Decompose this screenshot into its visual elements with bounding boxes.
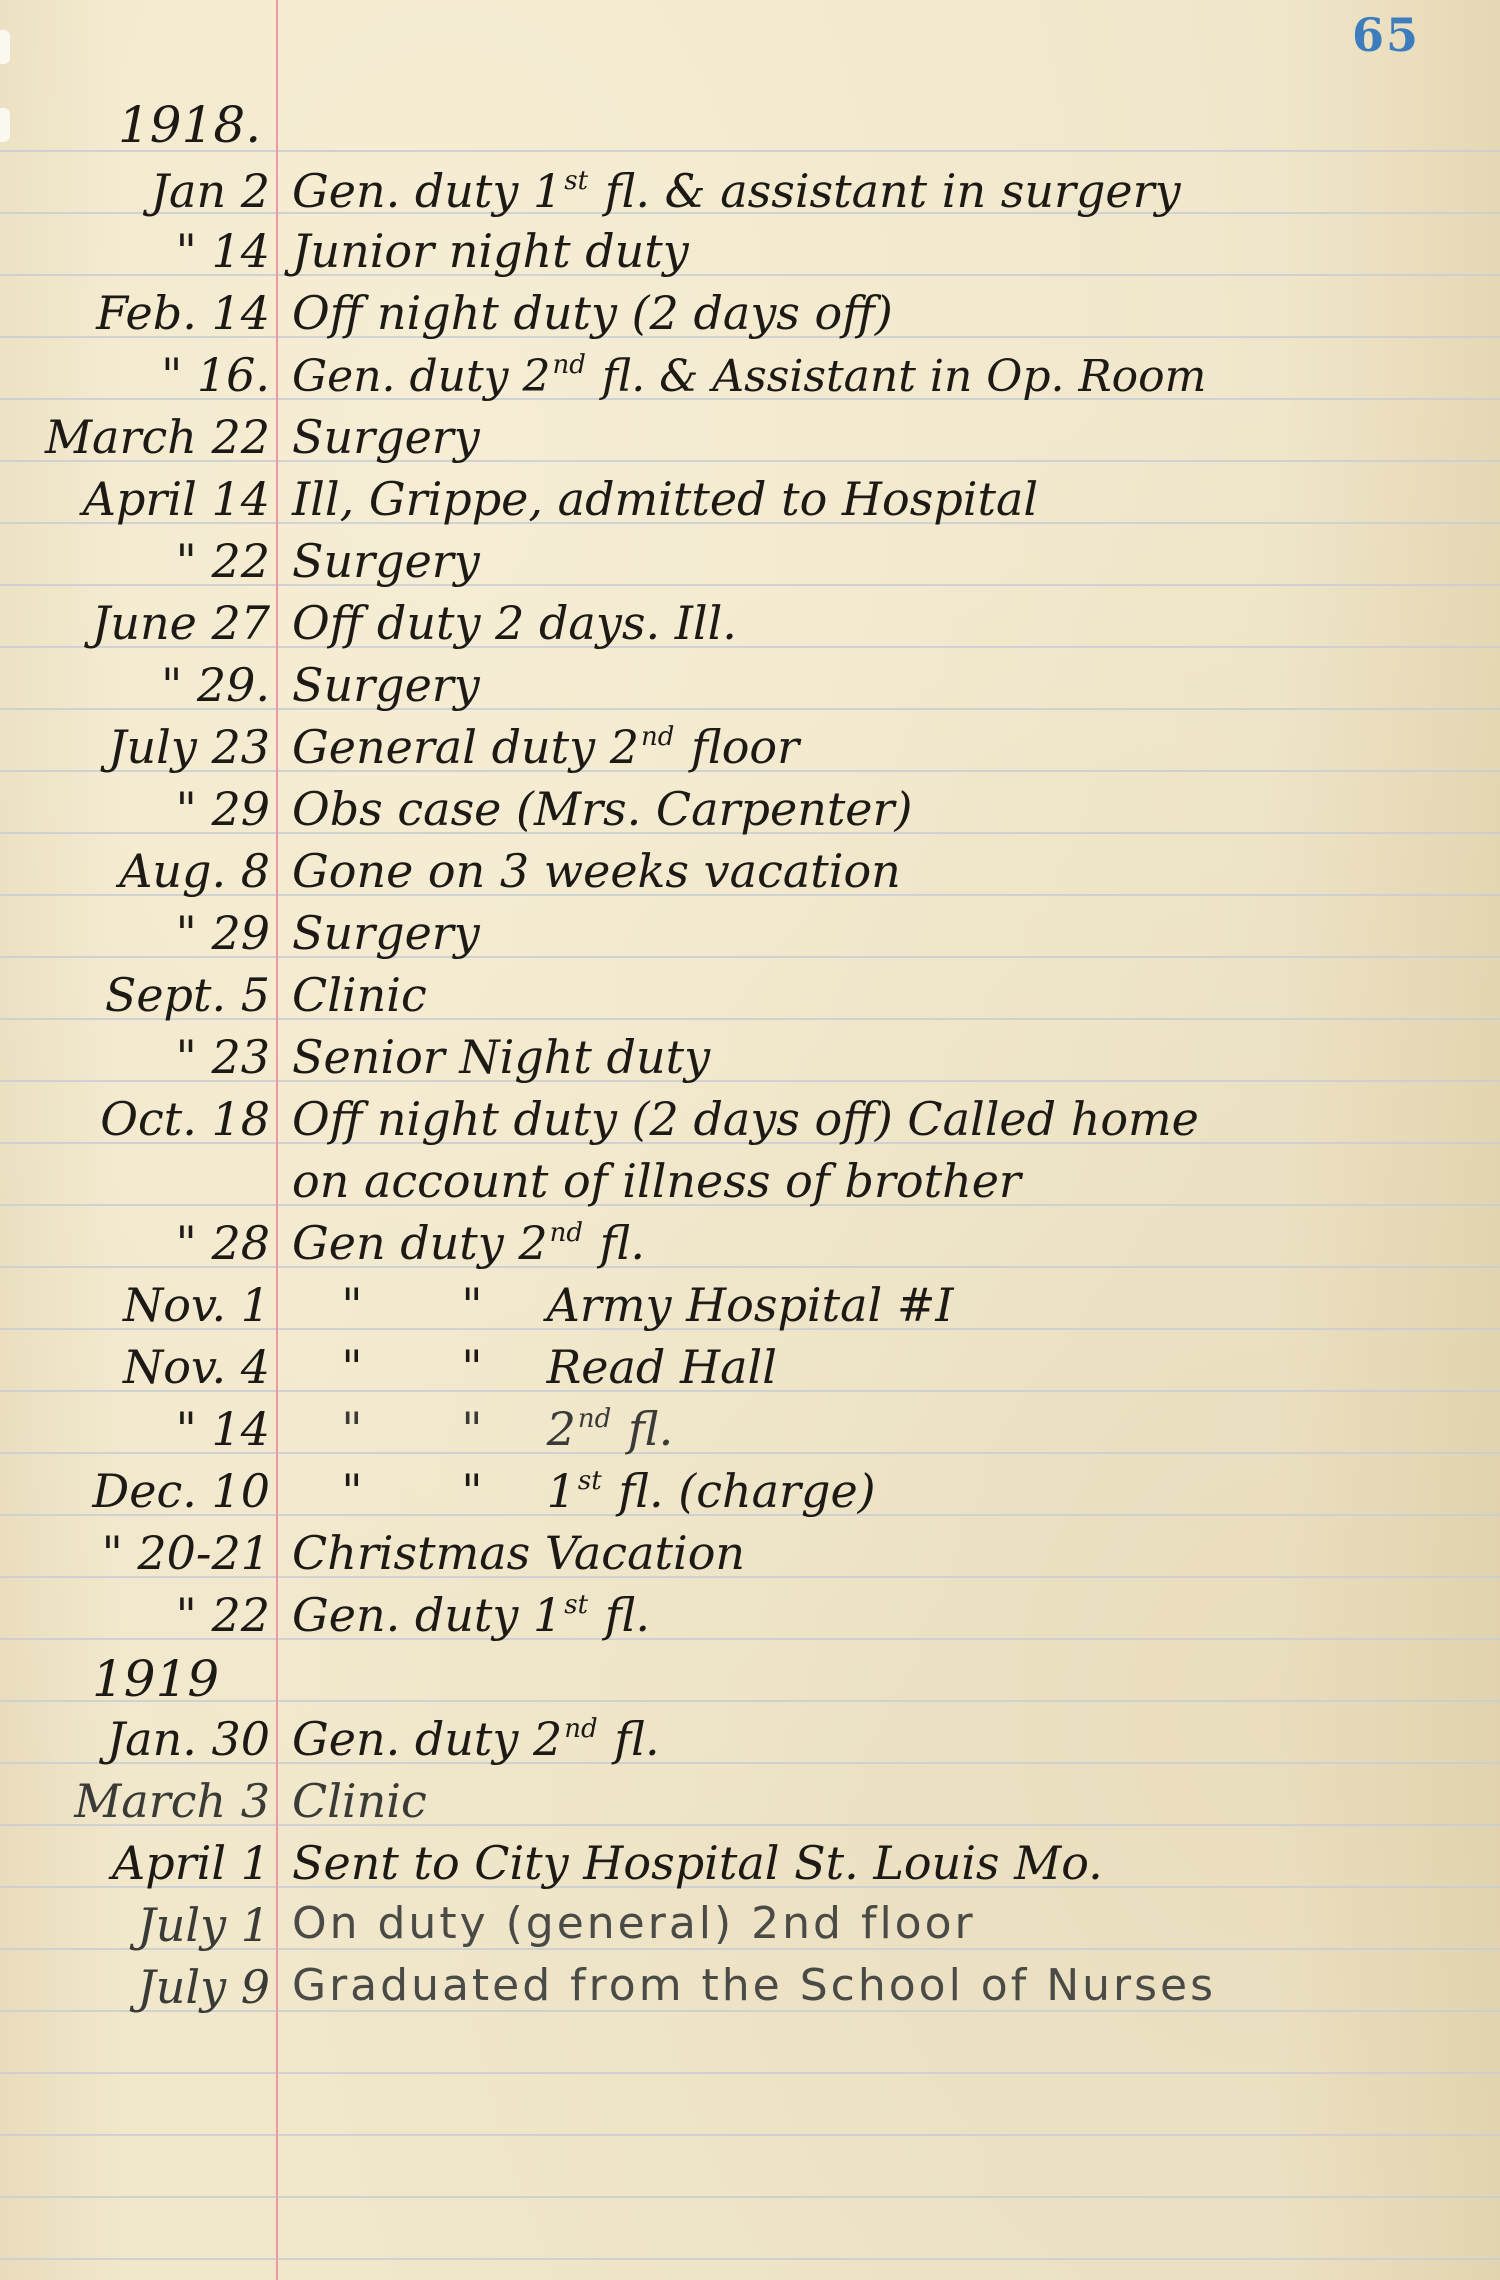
entry-date: Oct. 18 <box>20 1096 270 1142</box>
ditto-mark: " <box>292 1282 412 1328</box>
entry-text-part: fl. <box>585 1216 645 1270</box>
entry-text: "" Read Hall <box>292 1344 777 1390</box>
ordinal-suffix: st <box>564 1590 588 1620</box>
entry-date: April 14 <box>20 476 270 522</box>
entry-date: Nov. 4 <box>20 1344 270 1390</box>
entry-text: Obs case (Mrs. Carpenter) <box>292 786 912 832</box>
entry-text: Sent to City Hospital St. Louis Mo. <box>292 1840 1103 1886</box>
entry-text-part: fl. & Assistant in Op. Room <box>588 351 1206 402</box>
ditto-mark: " <box>292 1468 412 1514</box>
entry-text-part: General duty 2 <box>292 720 639 774</box>
entry-text-part: Read Hall <box>547 1340 777 1394</box>
entry-text-part: Gen. duty 1 <box>292 1588 562 1642</box>
entry-text-part: Gen. duty 1 <box>292 164 562 218</box>
entry-date: Dec. 10 <box>20 1468 270 1514</box>
entry-text-part: Army Hospital #I <box>547 1278 954 1332</box>
binding-hole <box>0 108 10 142</box>
entry-text-part: Gen duty 2 <box>292 1216 548 1270</box>
entry-date: " 16. <box>20 352 270 398</box>
entry-date: " 28 <box>20 1220 270 1266</box>
ordinal-suffix: nd <box>564 1714 597 1744</box>
entry-text: Junior night duty <box>292 228 689 274</box>
entry-text: On duty (general) 2nd floor <box>292 1902 976 1946</box>
ordinal-suffix: nd <box>578 1404 611 1434</box>
ditto-mark: " <box>292 1344 412 1390</box>
entry-date: July 9 <box>20 1964 270 2010</box>
ditto-mark: " <box>412 1468 532 1514</box>
ledger-page: 65 1918. Jan 2 Gen. duty 1st fl. & assis… <box>0 0 1500 2280</box>
entry-text: Gone on 3 weeks vacation <box>292 848 901 894</box>
entry-text: Clinic <box>292 972 427 1018</box>
entry-date: April 1 <box>20 1840 270 1886</box>
entry-text: General duty 2nd floor <box>292 724 799 770</box>
entry-date: Jan. 30 <box>20 1716 270 1762</box>
page-number: 65 <box>1352 8 1420 62</box>
entry-text: "" 2nd fl. <box>292 1406 673 1452</box>
ordinal-suffix: nd <box>553 350 586 380</box>
entry-date: " 22 <box>20 1592 270 1638</box>
entry-date: Feb. 14 <box>20 290 270 336</box>
entry-date: July 23 <box>20 724 270 770</box>
entry-text: Gen. duty 2nd fl. <box>292 1716 660 1762</box>
entry-text: "" 1st fl. (charge) <box>292 1468 876 1514</box>
entry-date: March 3 <box>20 1778 270 1824</box>
entry-text: Off night duty (2 days off) Called home <box>292 1096 1199 1142</box>
entry-text: Gen. duty 1st fl. <box>292 1592 650 1638</box>
entry-date: " 29. <box>20 662 270 708</box>
year-heading-1919: 1919 <box>92 1654 219 1704</box>
entry-text: Ill, Grippe, admitted to Hospital <box>292 476 1038 522</box>
entry-text-part: floor <box>676 720 799 774</box>
ditto-mark: " <box>412 1406 532 1452</box>
entry-text-part: fl. & assistant in surgery <box>590 164 1181 218</box>
entry-date: " 23 <box>20 1034 270 1080</box>
ditto-mark: " <box>412 1344 532 1390</box>
entry-text: Graduated from the School of Nurses <box>292 1964 1216 2008</box>
entry-text: Gen. duty 1st fl. & assistant in surgery <box>292 168 1181 214</box>
ordinal-suffix: nd <box>641 722 674 752</box>
ruled-line <box>0 1700 1500 1702</box>
entry-text-part: fl. (charge) <box>604 1464 876 1518</box>
entry-date: June 27 <box>20 600 270 646</box>
entry-text-part: Gen. duty 2 <box>292 351 551 402</box>
entry-date: Aug. 8 <box>20 848 270 894</box>
ordinal-suffix: st <box>564 166 588 196</box>
entry-text: Surgery <box>292 538 480 584</box>
entry-date: Sept. 5 <box>20 972 270 1018</box>
entry-text: Off night duty (2 days off) <box>292 290 893 336</box>
entry-text: Surgery <box>292 414 480 460</box>
ruled-line <box>0 2134 1500 2136</box>
entry-date: " 22 <box>20 538 270 584</box>
entry-text: "" Army Hospital #I <box>292 1282 954 1328</box>
entry-text: Surgery <box>292 662 480 708</box>
entry-date: March 22 <box>20 414 270 460</box>
ditto-mark: " <box>412 1282 532 1328</box>
entry-date: July 1 <box>20 1902 270 1948</box>
ditto-mark: " <box>292 1406 412 1452</box>
ordinal-suffix: st <box>578 1466 602 1496</box>
entry-text-part: 2 <box>547 1402 576 1456</box>
entry-text: Surgery <box>292 910 480 956</box>
entry-text-part: fl. <box>600 1712 660 1766</box>
entry-text-part: fl. <box>613 1402 673 1456</box>
entry-text-part: 1 <box>547 1464 576 1518</box>
entry-text-continuation: on account of illness of brother <box>292 1158 1021 1204</box>
entry-text: Gen duty 2nd fl. <box>292 1220 645 1266</box>
ordinal-suffix: nd <box>550 1218 583 1248</box>
entry-text: Off duty 2 days. Ill. <box>292 600 737 646</box>
entry-date: " 20-21 <box>20 1530 270 1576</box>
entry-text-part: fl. <box>590 1588 650 1642</box>
ruled-line <box>0 2258 1500 2260</box>
entry-date: " 14 <box>20 1406 270 1452</box>
binding-hole <box>0 30 10 64</box>
year-heading-1918: 1918. <box>118 100 261 150</box>
entry-date: " 29 <box>20 786 270 832</box>
entry-date: Jan 2 <box>20 168 270 214</box>
ruled-line <box>0 2072 1500 2074</box>
entry-text-part: Gen. duty 2 <box>292 1712 562 1766</box>
ruled-line <box>0 2196 1500 2198</box>
entry-date: " 29 <box>20 910 270 956</box>
entry-date: " 14 <box>20 228 270 274</box>
entry-text: Christmas Vacation <box>292 1530 745 1576</box>
entry-text: Senior Night duty <box>292 1034 710 1080</box>
entry-text: Clinic <box>292 1778 427 1824</box>
entry-text: Gen. duty 2nd fl. & Assistant in Op. Roo… <box>292 352 1206 399</box>
entry-date: Nov. 1 <box>20 1282 270 1328</box>
red-margin-line <box>276 0 278 2280</box>
